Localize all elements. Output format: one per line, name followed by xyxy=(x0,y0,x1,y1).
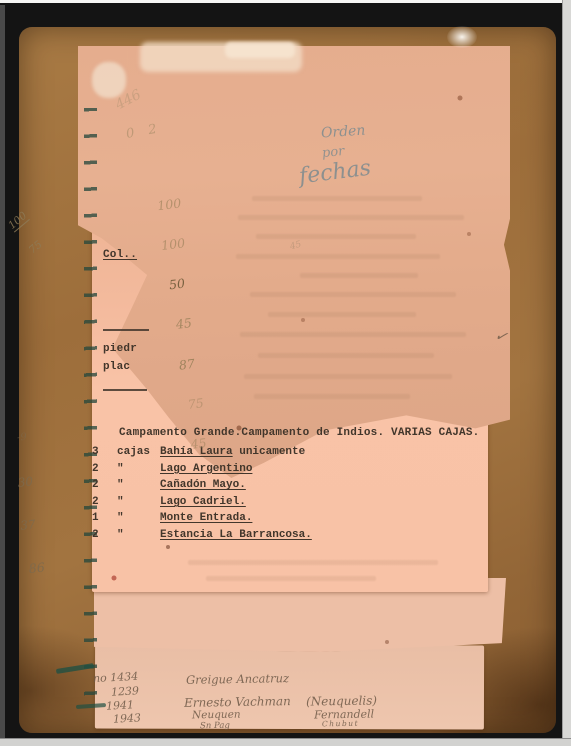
qty-label: 2 xyxy=(92,494,106,511)
ghost-line xyxy=(268,312,416,317)
scan-edge-bottom xyxy=(0,738,571,746)
binding-stitches xyxy=(84,108,97,700)
paper-bottom-strip xyxy=(95,644,484,729)
ghost-line xyxy=(250,292,456,297)
bottom-right-name: (Neuquelis) xyxy=(306,693,377,708)
margin-number: -9 xyxy=(16,430,31,446)
ditto-mark: " xyxy=(106,510,160,527)
qty-label: 1 xyxy=(92,510,106,527)
qty-label: 2 xyxy=(92,527,106,544)
fraction-denominator: 75 xyxy=(27,235,49,256)
qty-label: 3 xyxy=(92,444,106,461)
scanned-document-photo: Col.. piedr plac Campamento Grande.Campa… xyxy=(0,0,571,746)
ghost-line xyxy=(236,254,440,259)
typed-fragment-plac: plac xyxy=(103,361,130,373)
ghost-line xyxy=(244,374,452,379)
bottom-right-name: Chubut xyxy=(322,719,359,729)
list-item: 2 " Cañadón Mayo. xyxy=(92,477,312,494)
tally-number: 50 xyxy=(168,276,191,292)
bottom-number: no 1434 xyxy=(93,670,139,685)
typed-rule xyxy=(103,389,147,391)
margin-number: 86 xyxy=(28,560,45,576)
torn-edge-white-patch xyxy=(225,42,295,58)
place-name: Lago Cadriel. xyxy=(160,494,246,511)
scan-edge-right xyxy=(562,0,571,746)
place-name: Cañadón Mayo. xyxy=(160,477,246,494)
bottom-name: Ernesto Vachman xyxy=(184,694,291,710)
tally-number: 45 xyxy=(175,316,196,332)
bottom-number: 1941 xyxy=(106,698,135,712)
margin-number: 30 xyxy=(17,474,36,490)
bottom-name: Greigue Ancatruz xyxy=(186,671,289,687)
list-item: 2 " Estancia La Barrancosa. xyxy=(92,527,312,544)
list-item: 2 " Lago Cadriel. xyxy=(92,494,312,511)
typed-fragment-piedr: piedr xyxy=(103,343,137,355)
ghost-line xyxy=(258,353,434,358)
scan-edge-left xyxy=(0,5,5,738)
ghost-line xyxy=(300,273,418,278)
paper-white-spot xyxy=(447,26,477,48)
ghost-line xyxy=(256,234,416,239)
typed-heading: Campamento Grande.Campamento de Indios. … xyxy=(119,427,479,439)
ditto-mark: " xyxy=(106,477,160,494)
corner-light-patch xyxy=(92,62,126,98)
bottom-number: 1943 xyxy=(113,711,142,725)
ditto-mark: " xyxy=(106,494,160,511)
tally-number: 100 xyxy=(160,236,186,252)
qty-label: 2 xyxy=(92,477,106,494)
bottom-name: Neuquen xyxy=(192,709,241,722)
scan-edge-top xyxy=(0,0,571,3)
ghost-line xyxy=(206,576,376,581)
ditto-mark: " xyxy=(106,461,160,478)
tally-number: 100 xyxy=(157,196,182,212)
typed-rule xyxy=(103,329,149,331)
bottom-name: Sn Pag xyxy=(200,721,230,732)
ghost-line xyxy=(254,394,410,399)
typed-col-label: Col.. xyxy=(103,249,137,261)
bottom-number: 1239 xyxy=(111,684,140,698)
ghost-line xyxy=(188,560,438,565)
place-suffix: unicamente xyxy=(233,444,306,461)
margin-number: 37 xyxy=(20,517,41,534)
place-name: Monte Entrada. xyxy=(160,510,252,527)
ghost-line xyxy=(238,215,464,220)
blue-note-line1: Orden xyxy=(320,122,365,141)
ghost-line xyxy=(252,196,422,201)
list-item: 1 " Monte Entrada. xyxy=(92,510,312,527)
tally-number: 75 xyxy=(187,396,206,411)
unit-label: cajas xyxy=(106,444,160,461)
place-name: Estancia La Barrancosa. xyxy=(160,527,312,544)
ghost-line xyxy=(240,332,466,337)
tally-number: 45 xyxy=(190,436,211,452)
ditto-mark: " xyxy=(106,527,160,544)
qty-label: 2 xyxy=(92,461,106,478)
tally-number: 87 xyxy=(178,356,201,372)
